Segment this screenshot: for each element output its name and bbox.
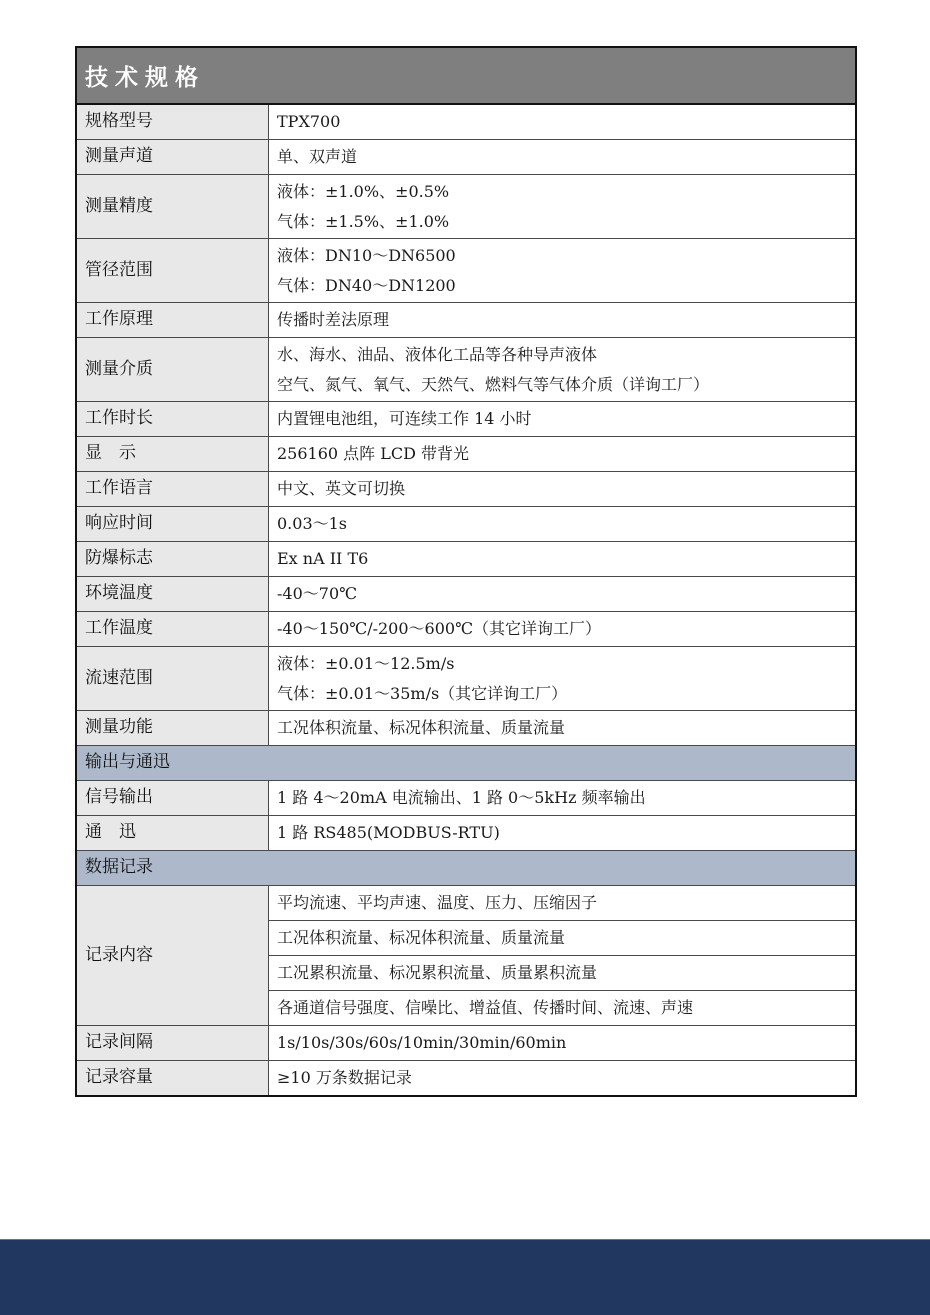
spec-row: 记录内容 平均流速、平均声速、温度、压力、压缩因子 <box>77 886 855 921</box>
spec-value: 内置锂电池组，可连续工作 14 小时 <box>269 402 856 437</box>
spec-row: 工作时长 内置锂电池组，可连续工作 14 小时 <box>77 402 855 437</box>
spec-label: 工作语言 <box>77 472 269 507</box>
spec-label: 管径范围 <box>77 239 269 303</box>
spec-label: 通 迅 <box>77 816 269 851</box>
spec-row: 工作原理 传播时差法原理 <box>77 303 855 338</box>
spec-value: 液体：±0.01～12.5m/s 气体：±0.01～35m/s（其它详询工厂） <box>269 647 856 711</box>
spec-value: 1s/10s/30s/60s/10min/30min/60min <box>269 1026 856 1061</box>
spec-row: 通 迅 1 路 RS485(MODBUS-RTU) <box>77 816 855 851</box>
section-header-output: 输出与通迅 <box>77 746 855 781</box>
spec-value-line: 空气、氮气、氧气、天然气、燃料气等气体介质（详询工厂） <box>277 370 847 400</box>
spec-value: ≥10 万条数据记录 <box>269 1061 856 1096</box>
spec-value: TPX700 <box>269 105 856 140</box>
spec-value: 单、双声道 <box>269 140 856 175</box>
spec-row: 响应时间 0.03～1s <box>77 507 855 542</box>
footer-band <box>0 1239 930 1315</box>
spec-row: 测量功能 工况体积流量、标况体积流量、质量流量 <box>77 711 855 746</box>
spec-value-line: 气体：±1.5%、±1.0% <box>277 207 847 237</box>
spec-value-line: 气体：DN40～DN1200 <box>277 271 847 301</box>
spec-title: 技术规格 <box>85 59 205 92</box>
spec-label: 环境温度 <box>77 577 269 612</box>
spec-label: 记录间隔 <box>77 1026 269 1061</box>
spec-title-bar: 技术规格 <box>77 48 855 105</box>
spec-value: 1 路 4～20mA 电流输出、1 路 0～5kHz 频率输出 <box>269 781 856 816</box>
spec-row: 管径范围 液体：DN10～DN6500 气体：DN40～DN1200 <box>77 239 855 303</box>
spec-row: 环境温度 -40～70℃ <box>77 577 855 612</box>
spec-value: 工况累积流量、标况累积流量、质量累积流量 <box>269 956 856 991</box>
spec-value-line: 液体：DN10～DN6500 <box>277 241 847 271</box>
spec-label: 规格型号 <box>77 105 269 140</box>
spec-sheet: 技术规格 规格型号 TPX700 测量声道 单、双声道 测量精度 液体：±1.0… <box>75 46 857 1097</box>
section-title: 输出与通迅 <box>77 746 855 781</box>
spec-value-line: 液体：±1.0%、±0.5% <box>277 177 847 207</box>
spec-label: 记录内容 <box>77 886 269 1026</box>
spec-value: 传播时差法原理 <box>269 303 856 338</box>
spec-label: 防爆标志 <box>77 542 269 577</box>
spec-row: 记录间隔 1s/10s/30s/60s/10min/30min/60min <box>77 1026 855 1061</box>
spec-value: 液体：±1.0%、±0.5% 气体：±1.5%、±1.0% <box>269 175 856 239</box>
spec-value: -40～150℃/-200～600℃（其它详询工厂） <box>269 612 856 647</box>
spec-value-line: 气体：±0.01～35m/s（其它详询工厂） <box>277 679 847 709</box>
spec-label: 测量功能 <box>77 711 269 746</box>
spec-row: 测量介质 水、海水、油品、液体化工品等各种导声液体 空气、氮气、氧气、天然气、燃… <box>77 338 855 402</box>
section-title: 数据记录 <box>77 851 855 886</box>
spec-value-line: 液体：±0.01～12.5m/s <box>277 649 847 679</box>
spec-row: 流速范围 液体：±0.01～12.5m/s 气体：±0.01～35m/s（其它详… <box>77 647 855 711</box>
spec-value: 1 路 RS485(MODBUS-RTU) <box>269 816 856 851</box>
spec-row: 显 示 256160 点阵 LCD 带背光 <box>77 437 855 472</box>
spec-label: 工作原理 <box>77 303 269 338</box>
spec-value: 工况体积流量、标况体积流量、质量流量 <box>269 921 856 956</box>
spec-value: -40～70℃ <box>269 577 856 612</box>
spec-row: 测量精度 液体：±1.0%、±0.5% 气体：±1.5%、±1.0% <box>77 175 855 239</box>
spec-value: Ex nA II T6 <box>269 542 856 577</box>
spec-label: 响应时间 <box>77 507 269 542</box>
spec-value: 0.03～1s <box>269 507 856 542</box>
spec-row: 测量声道 单、双声道 <box>77 140 855 175</box>
spec-value: 工况体积流量、标况体积流量、质量流量 <box>269 711 856 746</box>
spec-value-line: 水、海水、油品、液体化工品等各种导声液体 <box>277 340 847 370</box>
spec-label: 信号输出 <box>77 781 269 816</box>
spec-table: 规格型号 TPX700 测量声道 单、双声道 测量精度 液体：±1.0%、±0.… <box>77 105 855 1095</box>
spec-row: 记录容量 ≥10 万条数据记录 <box>77 1061 855 1096</box>
spec-label: 显 示 <box>77 437 269 472</box>
spec-value: 各通道信号强度、信噪比、增益值、传播时间、流速、声速 <box>269 991 856 1026</box>
spec-row: 工作温度 -40～150℃/-200～600℃（其它详询工厂） <box>77 612 855 647</box>
spec-label: 工作温度 <box>77 612 269 647</box>
spec-row: 工作语言 中文、英文可切换 <box>77 472 855 507</box>
section-header-record: 数据记录 <box>77 851 855 886</box>
spec-value: 256160 点阵 LCD 带背光 <box>269 437 856 472</box>
spec-label: 记录容量 <box>77 1061 269 1096</box>
spec-row: 防爆标志 Ex nA II T6 <box>77 542 855 577</box>
spec-value: 水、海水、油品、液体化工品等各种导声液体 空气、氮气、氧气、天然气、燃料气等气体… <box>269 338 856 402</box>
spec-value: 平均流速、平均声速、温度、压力、压缩因子 <box>269 886 856 921</box>
spec-label: 测量声道 <box>77 140 269 175</box>
spec-row: 信号输出 1 路 4～20mA 电流输出、1 路 0～5kHz 频率输出 <box>77 781 855 816</box>
spec-value: 液体：DN10～DN6500 气体：DN40～DN1200 <box>269 239 856 303</box>
spec-row: 规格型号 TPX700 <box>77 105 855 140</box>
spec-label: 工作时长 <box>77 402 269 437</box>
spec-value: 中文、英文可切换 <box>269 472 856 507</box>
spec-label: 测量介质 <box>77 338 269 402</box>
spec-label: 流速范围 <box>77 647 269 711</box>
spec-label: 测量精度 <box>77 175 269 239</box>
